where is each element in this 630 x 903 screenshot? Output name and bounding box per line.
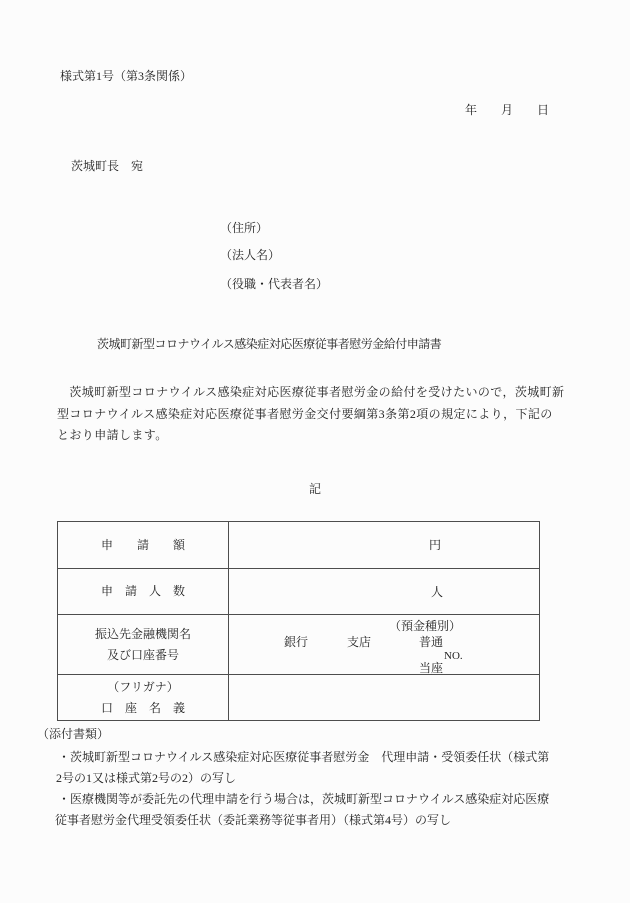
account-holder-label-cell: （フリガナ） 口 座 名 義 <box>58 675 229 720</box>
bank-name-label: 振込先金融機関名 <box>95 624 191 645</box>
addressee-line: 茨城町長 宛 <box>71 159 143 173</box>
person-unit-label: 人 <box>431 585 443 599</box>
application-amount-label-cell: 申 請 額 <box>58 522 229 569</box>
attachment-item-line: ・茨城町新型コロナウイルス感染症対応医療従事者慰労金 代理申請・受領委任状（様式… <box>58 750 549 764</box>
bank-suffix-label: 銀行 <box>284 635 308 649</box>
applicant-corporation-label: （法人名） <box>220 248 280 262</box>
applicant-count-value-cell: 人 <box>229 569 539 615</box>
furigana-label: （フリガナ） <box>107 677 178 698</box>
applicant-address-label: （住所） <box>220 221 268 235</box>
yen-unit-label: 円 <box>429 538 441 552</box>
form-number: 様式第1号（第3条関係） <box>60 69 192 83</box>
deposit-current-label: 当座 <box>419 661 443 675</box>
account-holder-label: 口 座 名 義 <box>101 698 185 719</box>
account-holder-value-cell <box>229 675 539 720</box>
attachment-item-line: ・医療機関等が委託先の代理申請を行う場合は，茨城町新型コロナウイルス感染症対応医… <box>58 792 549 806</box>
body-paragraph-line: 茨城町新型コロナウイルス感染症対応医療従事者慰労金の給付を受けたいので，茨城町新 <box>57 385 564 399</box>
application-table: 申 請 額 円 申 請 人 数 人 振込先金融機関名 及び口座番号 （預金種別）… <box>57 521 540 721</box>
applicant-representative-label: （役職・代表者名） <box>220 277 328 291</box>
ki-marker: 記 <box>0 482 630 496</box>
account-no-label: NO. <box>444 649 463 663</box>
application-amount-label: 申 請 額 <box>101 535 185 556</box>
applicant-count-label-cell: 申 請 人 数 <box>58 569 229 615</box>
attachments-heading: （添付書類） <box>37 727 109 741</box>
attachment-item-line: 2号の1又は様式第2号の2）の写し <box>56 771 236 785</box>
body-paragraph-line: 型コロナウイルス感染症対応医療従事者慰労金交付要綱第3条第2項の規定により，下記… <box>57 407 553 421</box>
applicant-count-label: 申 請 人 数 <box>101 581 185 602</box>
account-number-label: 及び口座番号 <box>107 645 179 666</box>
body-paragraph-line: とおり申請します。 <box>57 428 168 442</box>
deposit-ordinary-label: 普通 <box>419 635 443 649</box>
deposit-type-label: （預金種別） <box>389 619 461 633</box>
application-amount-value-cell: 円 <box>229 522 539 569</box>
bank-account-label-cell: 振込先金融機関名 及び口座番号 <box>58 615 229 675</box>
bank-account-value-cell: （預金種別） 銀行 支店 普通 NO. 当座 <box>229 615 539 675</box>
date-line: 年 月 日 <box>465 103 549 117</box>
application-form-document: 様式第1号（第3条関係） 年 月 日 茨城町長 宛 （住所） （法人名） （役職… <box>0 0 630 903</box>
document-title: 茨城町新型コロナウイルス感染症対応医療従事者慰労金給付申請書 <box>97 337 441 351</box>
attachment-item-line: 従事者慰労金代理受領委任状（委託業務等従事者用）（様式第4号）の写し <box>55 813 451 827</box>
branch-suffix-label: 支店 <box>347 635 371 649</box>
